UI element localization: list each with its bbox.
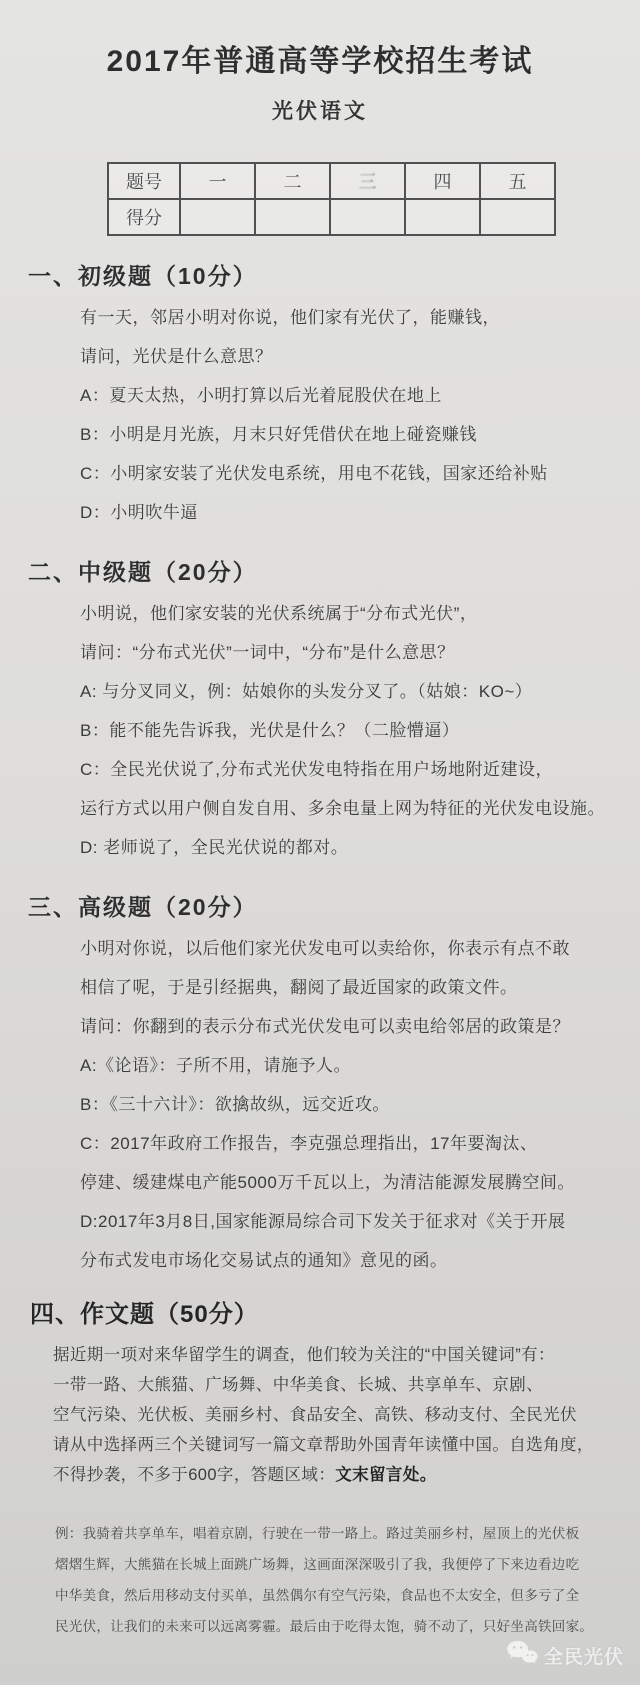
essay-answer-area-bold: 文末留言处。 bbox=[335, 1466, 436, 1484]
page-subtitle: 光伏语文 bbox=[0, 98, 640, 126]
section-advanced: 三、高级题（20分） 小明对你说，以后他们家光伏发电可以卖给你，你表示有点不敢 … bbox=[0, 891, 640, 1280]
watermark: 全民光伏 bbox=[506, 1640, 624, 1671]
essay-text-line: 请从中选择两三个关键词写一篇文章帮助外国青年读懂中国。自选角度， bbox=[53, 1430, 640, 1460]
score-table-header-row: 题号 一 二 三 四 五 bbox=[108, 163, 555, 199]
score-cell-3 bbox=[330, 199, 405, 235]
question-col-3: 三 bbox=[330, 163, 405, 199]
question-number-label: 题号 bbox=[108, 163, 180, 199]
page-title: 2017年普通高等学校招生考试 bbox=[0, 0, 640, 80]
option-b: B：《三十六计》：欲擒故纵，远交近攻。 bbox=[80, 1085, 640, 1124]
score-label: 得分 bbox=[108, 199, 180, 235]
option-a: A:《论语》：子所不用，请施予人。 bbox=[80, 1046, 640, 1085]
question-col-4: 四 bbox=[405, 163, 480, 199]
option-d: D:2017年3月8日,国家能源局综合司下发关于征求对《关于开展 bbox=[80, 1202, 640, 1241]
option-b: B：能不能先告诉我，光伏是什么？（二脸懵逼） bbox=[80, 711, 640, 750]
essay-text-line: 据近期一项对来华留学生的调查，他们较为关注的“中国关键词”有： bbox=[53, 1340, 640, 1370]
exam-paper: 2017年普通高等学校招生考试 光伏语文 题号 一 二 三 四 五 得分 一、初… bbox=[0, 0, 640, 1685]
section-beginner-heading: 一、初级题（10分） bbox=[28, 260, 640, 292]
score-table: 题号 一 二 三 四 五 得分 bbox=[107, 162, 556, 236]
example-text-line: 民光伏，让我们的未来可以远离雾霾。最后由于吃得太饱，骑不动了，只好坐高铁回家。 bbox=[55, 1611, 640, 1642]
section-advanced-body: 小明对你说，以后他们家光伏发电可以卖给你，你表示有点不敢 相信了呢，于是引经据典… bbox=[80, 929, 640, 1280]
option-c-continued: 停建、缓建煤电产能5000万千瓦以上，为清洁能源发展腾空间。 bbox=[80, 1163, 640, 1202]
option-b: B：小明是月光族，月末只好凭借伏在地上碰瓷赚钱 bbox=[80, 415, 640, 454]
section-essay-heading: 四、作文题（50分） bbox=[30, 1298, 640, 1332]
essay-keywords-line: 空气污染、光伏板、美丽乡村、食品安全、高铁、移动支付、全民光伏 bbox=[53, 1400, 640, 1430]
option-a: A：夏天太热，小明打算以后光着屁股伏在地上 bbox=[80, 376, 640, 415]
example-text-line: 中华美食，然后用移动支付买单，虽然偶尔有空气污染，食品也不太安全，但多亏了全 bbox=[55, 1580, 640, 1611]
option-c: C：2017年政府工作报告，李克强总理指出，17年要淘汰、 bbox=[80, 1124, 640, 1163]
question-text-line: 有一天，邻居小明对你说，他们家有光伏了，能赚钱， bbox=[80, 298, 640, 337]
option-d: D: 老师说了，全民光伏说的都对。 bbox=[80, 828, 640, 867]
section-advanced-heading: 三、高级题（20分） bbox=[28, 891, 640, 923]
option-c: C：全民光伏说了,分布式光伏发电特指在用户场地附近建设， bbox=[80, 750, 640, 789]
option-a: A: 与分叉同义，例：姑娘你的头发分叉了。（姑娘：KO~） bbox=[80, 672, 640, 711]
question-text-line: 请问：“分布式光伏”一词中，“分布”是什么意思？ bbox=[80, 633, 640, 672]
section-intermediate-body: 小明说，他们家安装的光伏系统属于“分布式光伏”， 请问：“分布式光伏”一词中，“… bbox=[80, 594, 640, 867]
question-text-line: 请问：你翻到的表示分布式光伏发电可以卖电给邻居的政策是？ bbox=[80, 1007, 640, 1046]
watermark-label: 全民光伏 bbox=[544, 1642, 624, 1669]
option-d-continued: 分布式发电市场化交易试点的通知》意见的函。 bbox=[80, 1241, 640, 1280]
question-col-1: 一 bbox=[180, 163, 255, 199]
section-beginner: 一、初级题（10分） 有一天，邻居小明对你说，他们家有光伏了，能赚钱， 请问，光… bbox=[0, 260, 640, 532]
question-col-5: 五 bbox=[480, 163, 555, 199]
score-cell-5 bbox=[480, 199, 555, 235]
question-text-line: 小明说，他们家安装的光伏系统属于“分布式光伏”， bbox=[80, 594, 640, 633]
question-text-line: 相信了呢，于是引经据典，翻阅了最近国家的政策文件。 bbox=[80, 968, 640, 1007]
score-table-score-row: 得分 bbox=[108, 199, 555, 235]
score-cell-4 bbox=[405, 199, 480, 235]
score-cell-2 bbox=[255, 199, 330, 235]
example-text-line: 熠熠生辉，大熊猫在长城上面跳广场舞，这画面深深吸引了我，我便停了下来边看边吃 bbox=[55, 1549, 640, 1580]
question-text-line: 小明对你说，以后他们家光伏发电可以卖给你，你表示有点不敢 bbox=[80, 929, 640, 968]
example-text-line: 例：我骑着共享单车，唱着京剧，行驶在一带一路上。路过美丽乡村，屋顶上的光伏板 bbox=[55, 1518, 640, 1549]
question-col-2: 二 bbox=[255, 163, 330, 199]
section-beginner-body: 有一天，邻居小明对你说，他们家有光伏了，能赚钱， 请问，光伏是什么意思？ A：夏… bbox=[80, 298, 640, 532]
section-essay-body: 据近期一项对来华留学生的调查，他们较为关注的“中国关键词”有： 一带一路、大熊猫… bbox=[53, 1340, 640, 1490]
option-c: C：小明家安装了光伏发电系统，用电不花钱，国家还给补贴 bbox=[80, 454, 640, 493]
essay-last-line: 不得抄袭，不多于600字，答题区域：文末留言处。 bbox=[53, 1460, 640, 1490]
score-cell-1 bbox=[180, 199, 255, 235]
essay-keywords-line: 一带一路、大熊猫、广场舞、中华美食、长城、共享单车、京剧、 bbox=[53, 1370, 640, 1400]
question-text-line: 请问，光伏是什么意思？ bbox=[80, 337, 640, 376]
option-d: D：小明吹牛逼 bbox=[80, 493, 640, 532]
section-intermediate-heading: 二、中级题（20分） bbox=[28, 556, 640, 588]
section-essay: 四、作文题（50分） 据近期一项对来华留学生的调查，他们较为关注的“中国关键词”… bbox=[0, 1298, 640, 1490]
wechat-bubbles-icon bbox=[506, 1640, 538, 1671]
option-c-continued: 运行方式以用户侧自发自用、多余电量上网为特征的光伏发电设施。 bbox=[80, 789, 640, 828]
essay-last-line-prefix: 不得抄袭，不多于600字，答题区域： bbox=[53, 1466, 335, 1484]
section-intermediate: 二、中级题（20分） 小明说，他们家安装的光伏系统属于“分布式光伏”， 请问：“… bbox=[0, 556, 640, 867]
example-paragraph: 例：我骑着共享单车，唱着京剧，行驶在一带一路上。路过美丽乡村，屋顶上的光伏板 熠… bbox=[55, 1518, 640, 1642]
